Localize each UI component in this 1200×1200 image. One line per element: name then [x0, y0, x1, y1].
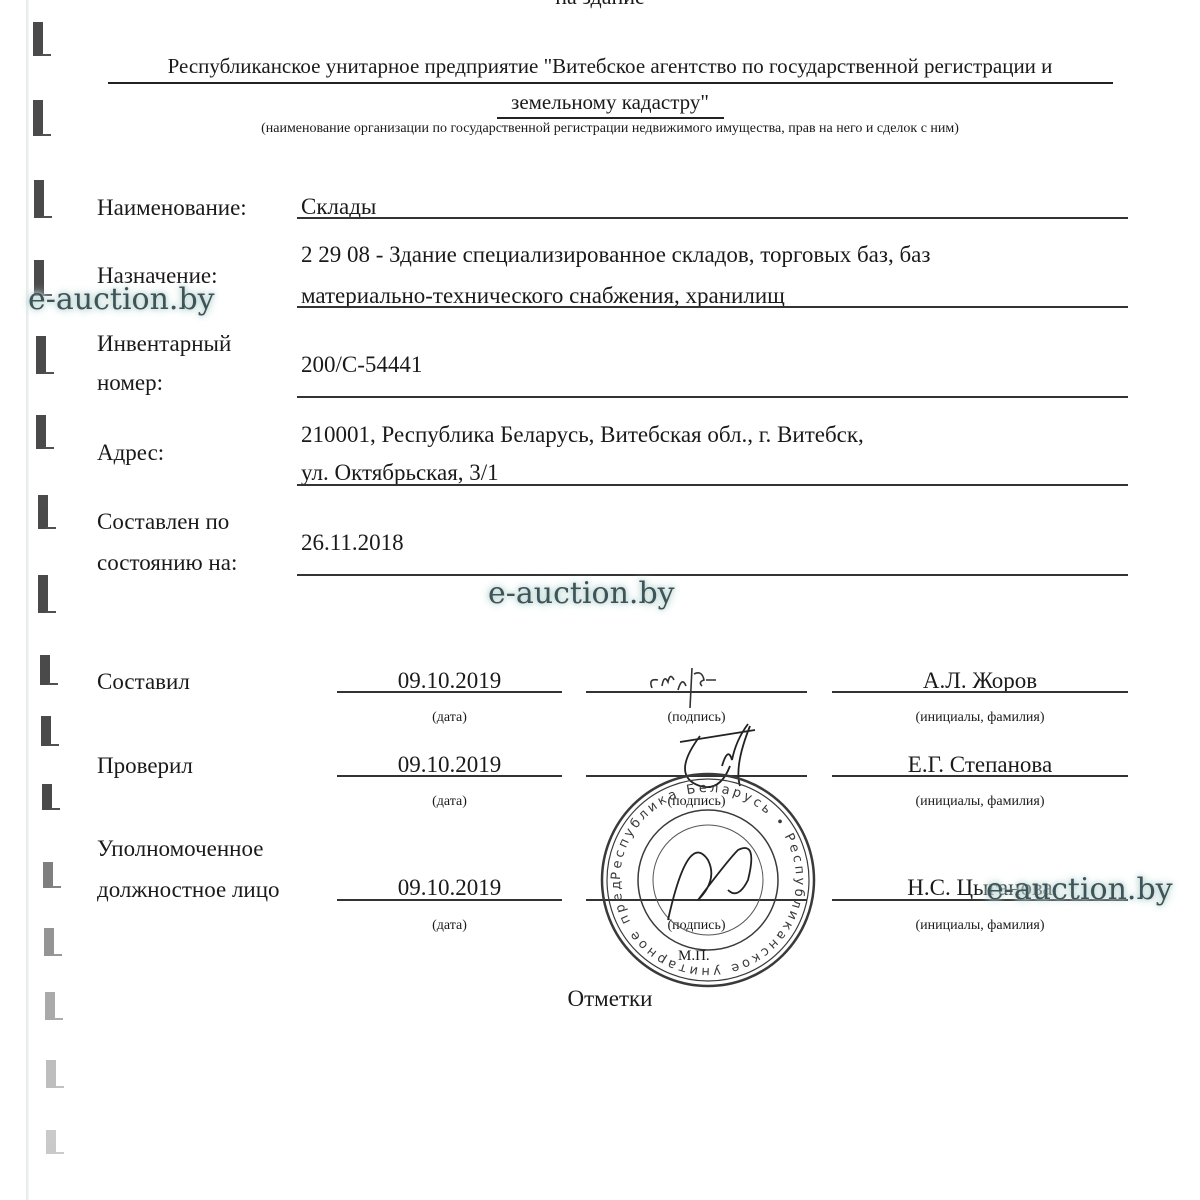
purpose-value-line1: 2 29 08 - Здание специализированное скла…	[301, 242, 930, 268]
binding-mark	[42, 784, 52, 810]
authorized-person-date: 09.10.2019	[337, 875, 562, 901]
date-caption: (дата)	[337, 794, 562, 810]
inventory-value: 200/С-54441	[301, 352, 422, 378]
field-rule	[297, 217, 1128, 219]
state-date-label-line2: состоянию на:	[97, 544, 237, 582]
notes-title: Отметки	[0, 986, 1200, 1012]
organization-caption: (наименование организации по государстве…	[0, 121, 1200, 137]
watermark: e-auction.by	[986, 872, 1173, 907]
binding-mark	[40, 655, 50, 685]
name-rule	[832, 691, 1128, 693]
field-rule	[297, 396, 1128, 398]
binding-mark	[34, 180, 44, 218]
date-caption: (дата)	[337, 710, 562, 726]
binding-mark	[36, 336, 46, 374]
name-label: Наименование:	[97, 189, 247, 227]
address-value-line2: ул. Октябрьская, 3/1	[301, 460, 499, 486]
watermark: e-auction.by	[28, 282, 215, 317]
name-caption: (инициалы, фамилия)	[832, 918, 1128, 934]
date-rule	[337, 691, 562, 693]
document-header: на здание	[0, 0, 1200, 10]
organization-underline	[497, 117, 724, 119]
binding-mark	[44, 928, 54, 956]
field-rule	[297, 484, 1128, 486]
inventory-label-line2: номер:	[97, 364, 163, 402]
watermark: e-auction.by	[488, 576, 675, 611]
date-rule	[337, 899, 562, 901]
binding-mark	[43, 862, 53, 888]
organization-name-line2: земельному кадастру"	[0, 90, 1200, 115]
name-rule	[832, 775, 1128, 777]
authorized-person-label-line2: должностное лицо	[97, 869, 280, 910]
organization-name-line1: Республиканское унитарное предприятие "В…	[100, 54, 1120, 79]
binding-mark	[38, 495, 48, 529]
organization-underline	[108, 82, 1113, 84]
page-edge	[26, 0, 29, 1200]
binding-mark	[38, 575, 48, 613]
compiled-by-label: Составил	[97, 661, 190, 702]
checked-by-label: Проверил	[97, 745, 193, 786]
date-rule	[337, 775, 562, 777]
name-caption: (инициалы, фамилия)	[832, 710, 1128, 726]
state-date-label-line1: Составлен по	[97, 503, 229, 541]
inventory-label-line1: Инвентарный	[97, 325, 231, 363]
binding-mark	[33, 22, 43, 56]
date-caption: (дата)	[337, 918, 562, 934]
field-rule	[297, 306, 1128, 308]
binding-mark	[36, 415, 46, 449]
binding-mark	[41, 716, 51, 746]
binding-mark	[46, 1060, 56, 1088]
seal-mark: М.П.	[678, 948, 710, 965]
binding-mark	[46, 1130, 56, 1154]
state-date-value: 26.11.2018	[301, 530, 404, 556]
field-rule	[297, 574, 1128, 576]
authorized-person-label-line1: Уполномоченное	[97, 828, 263, 869]
name-caption: (инициалы, фамилия)	[832, 794, 1128, 810]
signature-scribble	[640, 660, 770, 710]
address-value-line1: 210001, Республика Беларусь, Витебская о…	[301, 422, 864, 448]
address-label: Адрес:	[97, 434, 164, 472]
